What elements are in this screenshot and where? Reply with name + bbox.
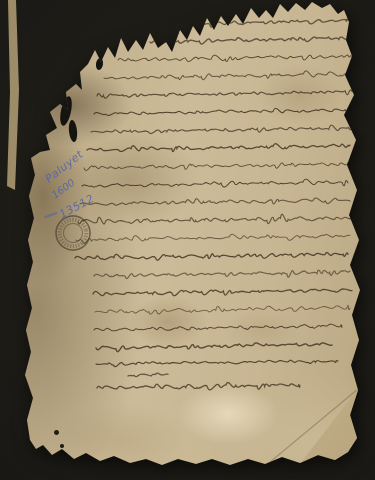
photo-background: 10 Paluyet 1600 13512: [0, 0, 375, 480]
handwriting-line: [97, 90, 352, 98]
handwriting-line: [150, 37, 350, 44]
handwriting-line: [104, 71, 350, 80]
handwriting-line: [91, 125, 354, 133]
handwriting-line: [96, 360, 338, 367]
handwriting-line: [75, 253, 348, 261]
handwriting-line: [95, 305, 350, 314]
handwriting-line: [94, 270, 350, 278]
ink-dot: [54, 430, 59, 435]
stamp-icon: [48, 208, 98, 258]
manuscript-page-wrap: 10 Paluyet 1600 13512: [0, 0, 375, 480]
handwriting-line: [118, 55, 352, 62]
library-stamp: [48, 208, 98, 258]
handwriting-line: [97, 383, 300, 390]
archival-note-name: Paluyet: [43, 148, 86, 186]
handwriting-line: [96, 343, 332, 352]
corner-numeral: 10: [31, 92, 50, 110]
manuscript-page: 10 Paluyet 1600 13512: [0, 0, 375, 480]
handwriting-line: [94, 324, 342, 331]
ink-dot: [60, 444, 64, 448]
handwriting-line: [84, 162, 352, 170]
handwriting-line: [94, 108, 350, 115]
handwriting-line: [196, 19, 348, 27]
handwriting-line: [128, 373, 168, 377]
handwriting-line: [93, 289, 352, 296]
handwriting-line: [76, 234, 350, 243]
handwriting-line: [87, 144, 350, 152]
